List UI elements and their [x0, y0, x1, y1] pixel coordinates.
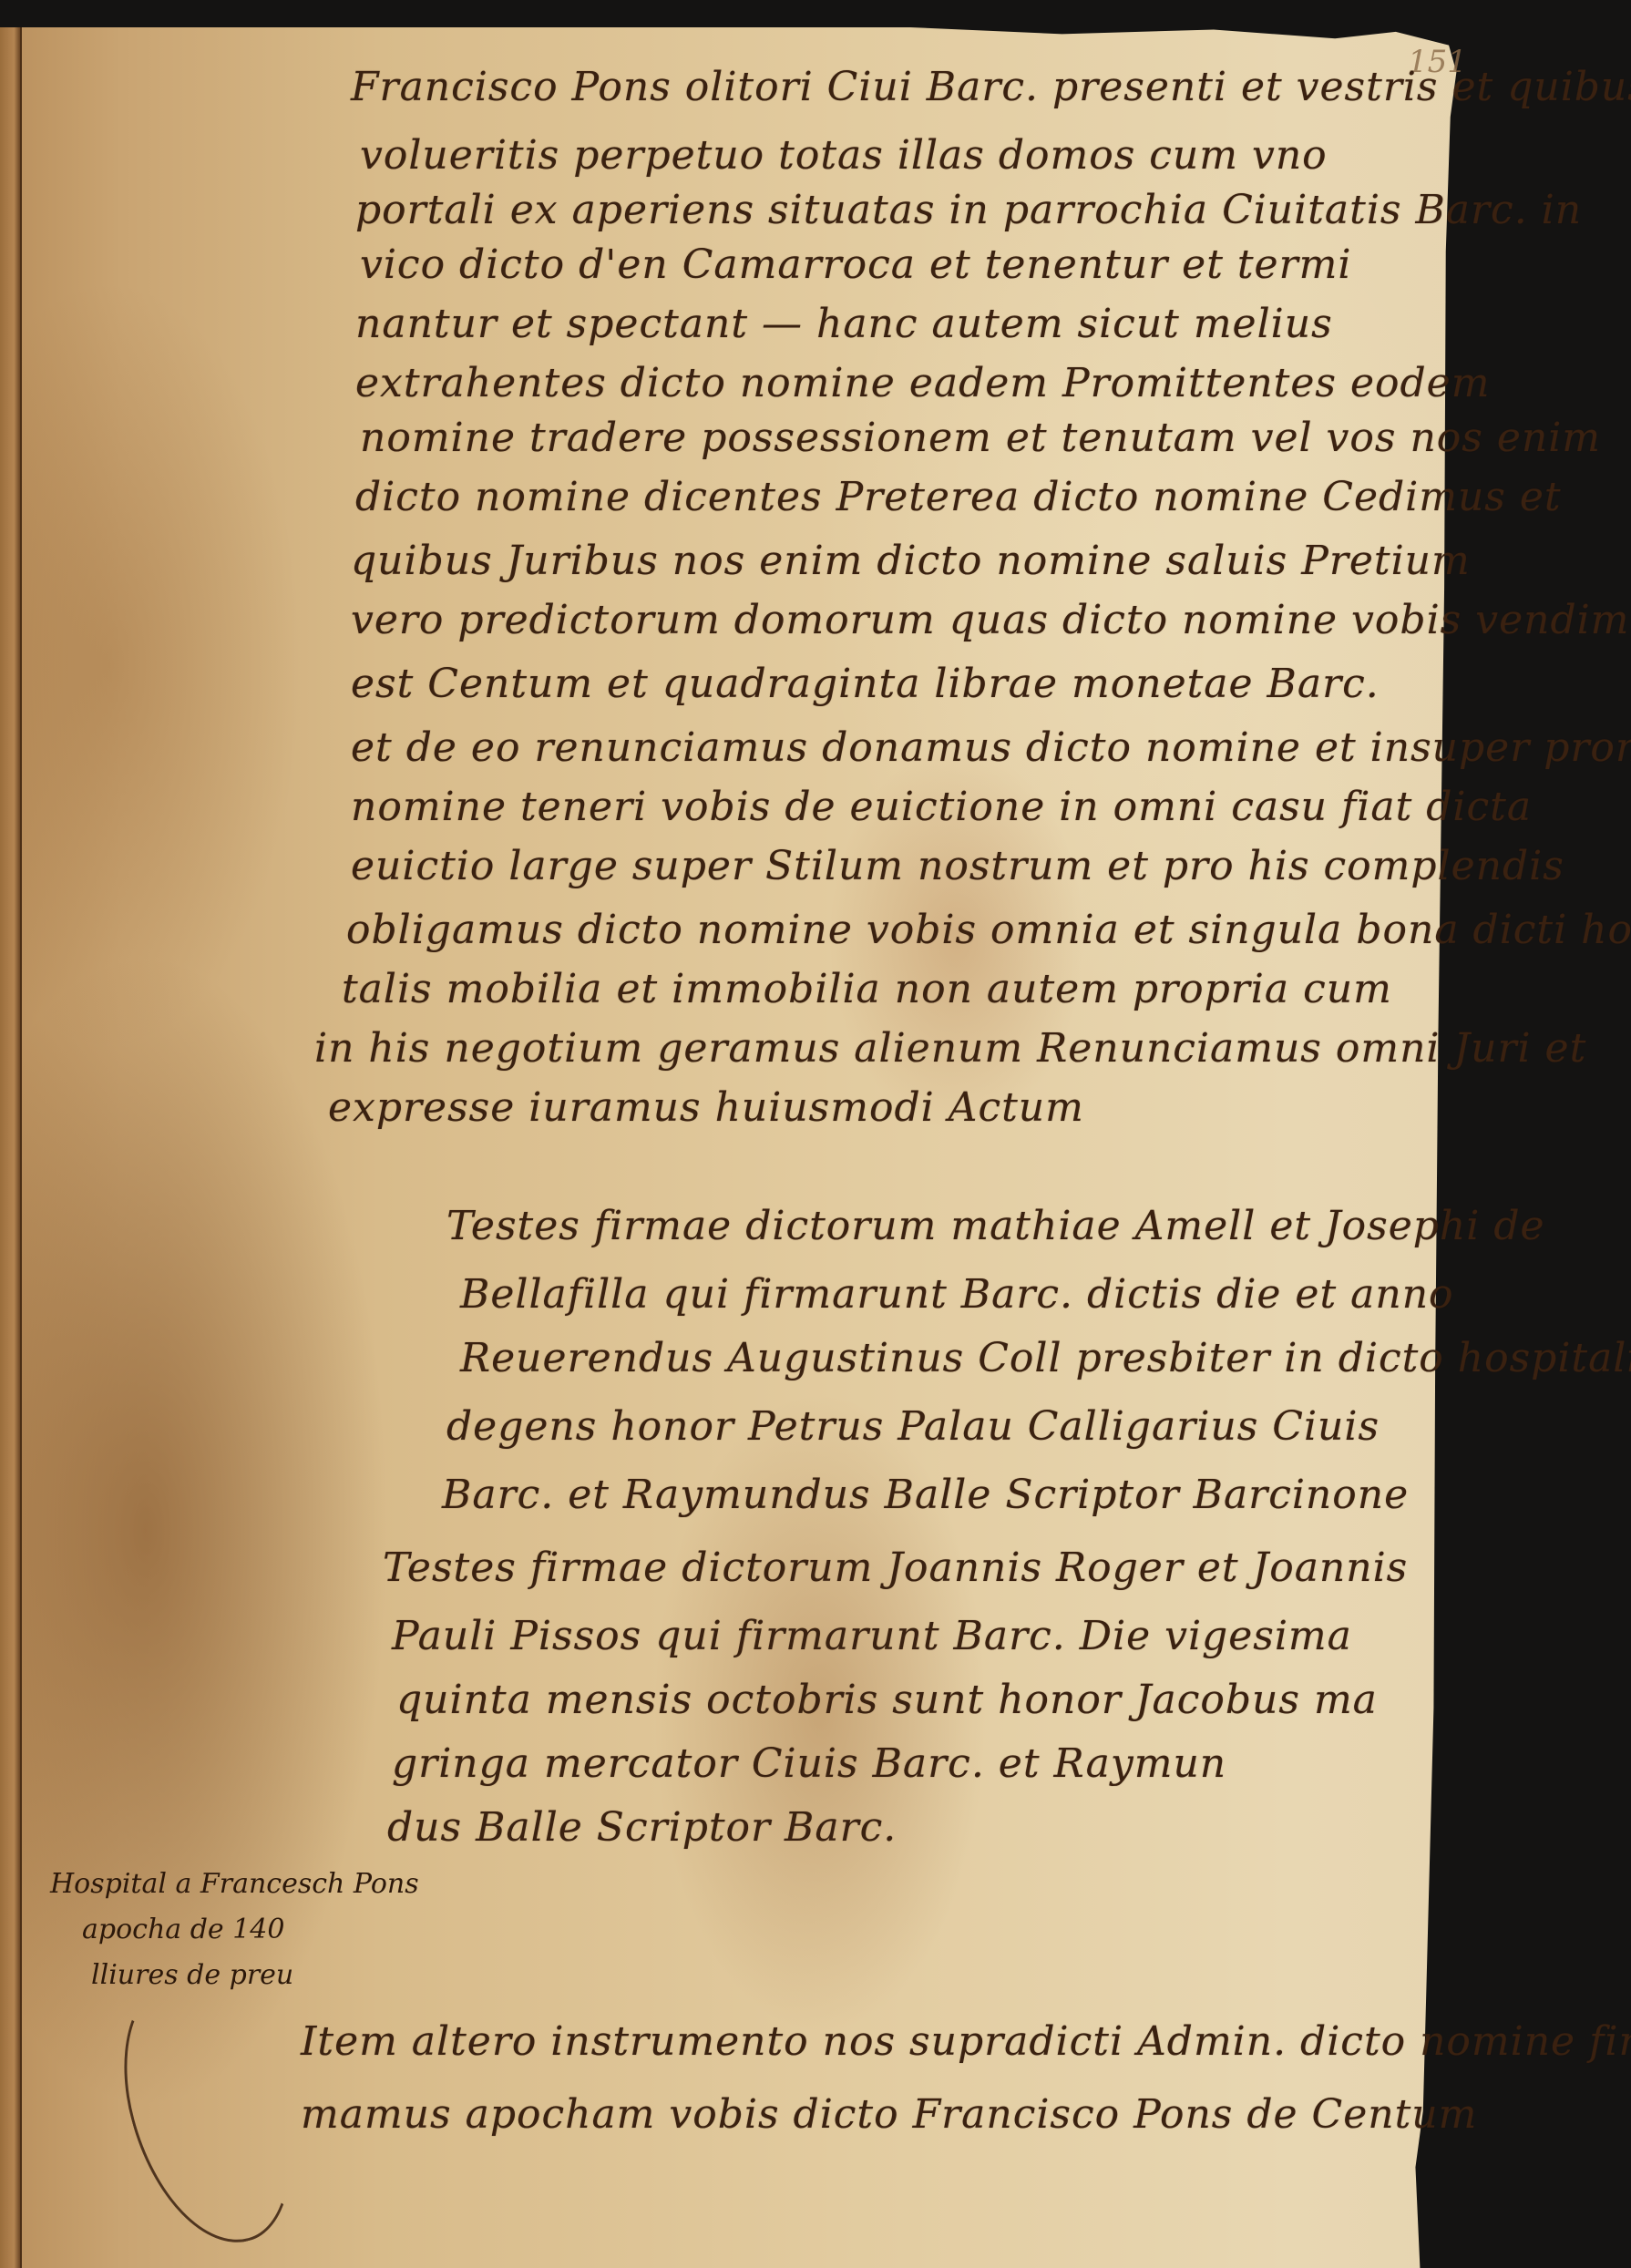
text-line: portali ex aperiens situatas in parrochi… — [355, 187, 1582, 233]
text-line: in his negotium geramus alienum Renuncia… — [314, 1025, 1586, 1072]
witness-line: Testes firmae dictorum mathiae Amell et … — [446, 1203, 1545, 1249]
witness-line: Pauli Pissos qui firmarunt Barc. Die vig… — [392, 1613, 1352, 1659]
text-line: nantur et spectant — hanc autem sicut me… — [355, 301, 1333, 347]
witness-line: Testes firmae dictorum Joannis Roger et … — [383, 1544, 1408, 1591]
witness-line: dus Balle Scriptor Barc. — [387, 1804, 897, 1851]
text-line: volueritis perpetuo totas illas domos cu… — [360, 132, 1328, 179]
witness-line: gringa mercator Ciuis Barc. et Raymun — [392, 1740, 1226, 1787]
marginal-note-line: Hospital a Francesch Pons — [50, 1868, 419, 1900]
text-line: vico dicto d'en Camarroca et tenentur et… — [360, 241, 1351, 288]
text-line: nomine tradere possessionem et tenutam v… — [360, 415, 1601, 461]
witness-line: quinta mensis octobris sunt honor Jacobu… — [396, 1677, 1378, 1723]
text-line: talis mobilia et immobilia non autem pro… — [342, 966, 1392, 1012]
text-line: euictio large super Stilum nostrum et pr… — [351, 843, 1564, 889]
witness-line: Reuerendus Augustinus Coll presbiter in … — [460, 1335, 1631, 1381]
text-line: est Centum et quadraginta librae monetae… — [351, 661, 1380, 707]
text-line: vero predictorum domorum quas dicto nomi… — [351, 597, 1631, 643]
text-line: quibus Juribus nos enim dicto nomine sal… — [351, 538, 1471, 584]
marginal-note-line: apocha de 140 — [82, 1914, 284, 1945]
text-line: extrahentes dicto nomine eadem Promitten… — [355, 360, 1490, 406]
text-line: Francisco Pons olitori Ciui Barc. presen… — [351, 64, 1631, 110]
text-line: Item altero instrumento nos supradicti A… — [301, 2018, 1631, 2065]
manuscript-scan: 151 Francisco Pons olitori Ciui Barc. pr… — [0, 0, 1631, 2268]
text-line: dicto nomine dicentes Preterea dicto nom… — [355, 474, 1562, 520]
text-line: et de eo renunciamus donamus dicto nomin… — [351, 724, 1631, 771]
binding-gutter — [0, 27, 22, 2268]
witness-line: degens honor Petrus Palau Calligarius Ci… — [446, 1403, 1380, 1450]
text-line: expresse iuramus huiusmodi Actum — [328, 1084, 1084, 1131]
witness-line: Bellafilla qui firmarunt Barc. dictis di… — [460, 1271, 1454, 1318]
witness-line: Barc. et Raymundus Balle Scriptor Barcin… — [442, 1472, 1409, 1518]
text-line: nomine teneri vobis de euictione in omni… — [351, 784, 1532, 830]
text-line: obligamus dicto nomine vobis omnia et si… — [346, 907, 1631, 953]
text-line: mamus apocham vobis dicto Francisco Pons… — [301, 2091, 1477, 2138]
